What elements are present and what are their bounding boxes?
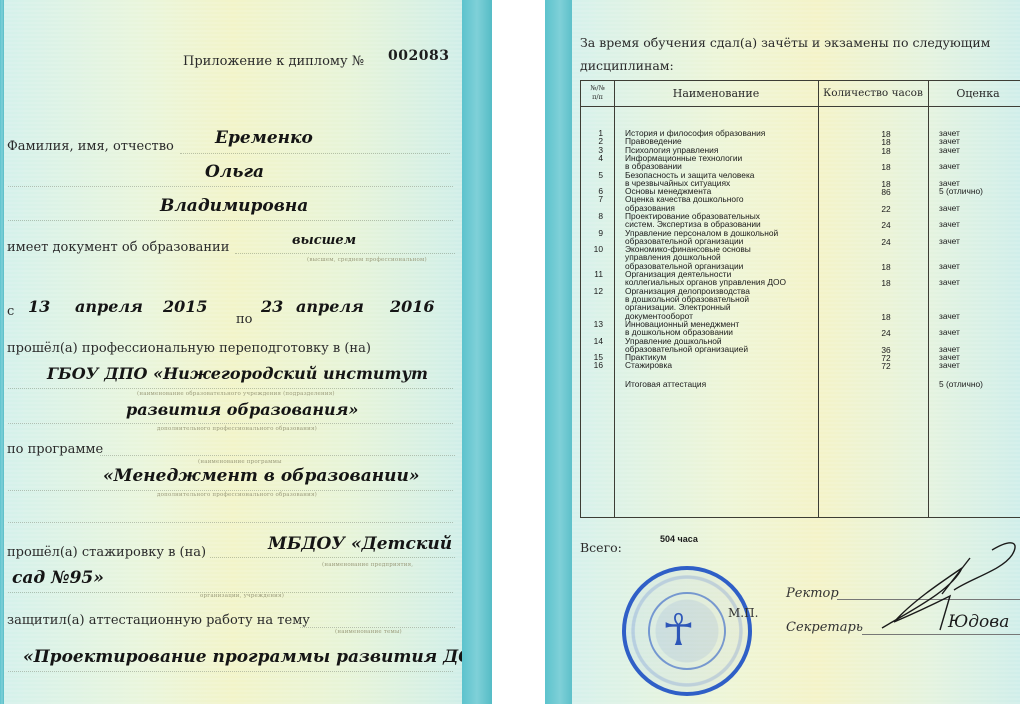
page-border-left (0, 0, 4, 704)
row-grade: зачет (939, 361, 1020, 369)
page-border-teal (462, 0, 492, 704)
row-grade: 5 (отлично) (939, 380, 1020, 388)
to-prefix: по (236, 312, 253, 327)
dotted-line (8, 522, 453, 523)
appendix-number: 002083 (388, 48, 449, 64)
dotted-line (235, 253, 455, 254)
program-hint1: (наименование программы (198, 459, 282, 465)
dotted-line (8, 490, 453, 491)
institution-line1: ГБОУ ДПО «Нижегородский институт (47, 364, 428, 383)
coat-of-arms-icon: ☥ (662, 606, 695, 656)
secretary-signature: Юдова (948, 612, 1009, 632)
rector-label: Ректор (786, 586, 839, 601)
row-grade: зачет (939, 146, 1020, 154)
row-hours: 86 (831, 188, 941, 196)
diploma-appendix-left-page: Приложение к диплому № 002083 Фамилия, и… (0, 0, 466, 704)
from-day: 13 (28, 297, 50, 316)
row-grade: зачет (939, 220, 1020, 228)
row-number: 14 (581, 337, 603, 345)
dotted-line (8, 671, 453, 672)
from-month: апреля (75, 297, 143, 316)
internship-hint2: организации, учреждения) (200, 593, 284, 599)
institution-line2: развития образования» (126, 400, 358, 419)
dotted-line (8, 186, 453, 187)
row-number: 8 (581, 212, 603, 220)
to-day: 23 (261, 297, 283, 316)
row-number: 16 (581, 361, 603, 369)
row-discipline: Безопасность и защита человека в чрезвыч… (625, 171, 825, 188)
diploma-appendix-right-page: За время обучения сдал(а) зачёты и экзам… (572, 0, 1020, 704)
row-discipline: Итоговая аттестация (625, 380, 825, 388)
row-discipline: Информационные технологии в образовании (625, 154, 825, 171)
row-grade: зачет (939, 162, 1020, 170)
intro-line2: дисциплинам: (580, 58, 674, 73)
header-grade: Оценка (928, 87, 1020, 100)
internship-org-line2: сад №95» (12, 568, 104, 588)
stamp-label: М.П. (728, 606, 758, 620)
row-grade: зачет (939, 262, 1020, 270)
row-number: 10 (581, 245, 603, 253)
row-discipline: Инновационный менеджмент в дошкольном об… (625, 320, 825, 337)
row-grade: 5 (отлично) (939, 187, 1020, 195)
row-hours: 18 (831, 313, 941, 321)
program-name: «Менеджмент в образовании» (103, 466, 419, 486)
page-border-teal (545, 0, 575, 704)
row-hours: 18 (831, 163, 941, 171)
row-discipline: Управление персоналом в дошкольной образ… (625, 229, 825, 246)
header-hours: Количество часов (818, 87, 928, 99)
dotted-line (8, 220, 453, 221)
program-label: по программе (7, 442, 103, 457)
to-month: апреля (296, 297, 364, 316)
row-hours: 18 (831, 263, 941, 271)
total-label: Всего: (580, 540, 622, 555)
from-year: 2015 (163, 297, 208, 316)
row-hours: 24 (831, 221, 941, 229)
internship-label: прошёл(а) стажировку в (на) (7, 545, 206, 560)
row-number: 7 (581, 195, 603, 203)
internship-org-line1: МБДОУ «Детский (268, 534, 452, 554)
row-number: 4 (581, 154, 603, 162)
thesis-hint: (наименование темы) (335, 629, 402, 635)
total-value: 504 часа (660, 534, 698, 544)
from-prefix: с (7, 304, 14, 319)
official-seal: ☥ (622, 566, 752, 696)
program-hint2: дополнительного профессионального образо… (157, 492, 317, 498)
row-hours: 18 (831, 147, 941, 155)
row-number: 12 (581, 287, 603, 295)
row-discipline: Организация делопроизводства в дошкольно… (625, 287, 825, 320)
dotted-line (210, 557, 455, 558)
appendix-label: Приложение к диплому № (183, 54, 364, 69)
row-discipline: Организация деятельности коллегиальных о… (625, 270, 825, 287)
row-hours: 24 (831, 329, 941, 337)
dotted-line (300, 627, 455, 628)
row-number: 5 (581, 171, 603, 179)
surname: Еременко (215, 128, 313, 148)
institution-hint2: дополнительного профессионального образо… (157, 426, 317, 432)
row-discipline: Проектирование образовательных систем. Э… (625, 212, 825, 229)
row-discipline: Экономико-финансовые основы управления д… (625, 245, 825, 270)
row-hours: 72 (831, 362, 941, 370)
fio-label: Фамилия, имя, отчество (7, 139, 174, 154)
edu-doc-label: имеет документ об образовании (7, 240, 229, 255)
dotted-line (8, 423, 453, 424)
intro-line1: За время обучения сдал(а) зачёты и экзам… (580, 35, 990, 50)
dotted-line (8, 388, 453, 389)
header-name: Наименование (614, 87, 818, 100)
row-hours: 24 (831, 238, 941, 246)
edu-level-hint: (высшем, среднем профессиональном) (307, 257, 427, 263)
disciplines-table: №/№ п/п Наименование Количество часов Оц… (580, 80, 1020, 518)
row-hours: 22 (831, 205, 941, 213)
dotted-line (180, 153, 450, 154)
to-year: 2016 (390, 297, 435, 316)
first-name: Ольга (205, 162, 264, 182)
row-number: 11 (581, 270, 603, 278)
dotted-line (100, 455, 455, 456)
thesis-title: «Проектирование программы развития ДОО» (23, 647, 466, 667)
row-number: 13 (581, 320, 603, 328)
row-grade: зачет (939, 237, 1020, 245)
row-grade: зачет (939, 204, 1020, 212)
row-grade: зачет (939, 278, 1020, 286)
institution-hint1: (наименование образовательного учреждени… (137, 391, 335, 397)
retraining-label: прошёл(а) профессиональную переподготовк… (7, 341, 371, 356)
row-number: 9 (581, 229, 603, 237)
row-grade: зачет (939, 312, 1020, 320)
edu-level: высшем (292, 233, 356, 248)
header-num: №/№ п/п (581, 84, 614, 102)
row-discipline: Оценка качества дошкольного образования (625, 195, 825, 212)
row-grade: зачет (939, 328, 1020, 336)
internship-hint1: (наименование предприятия, (322, 562, 413, 568)
patronymic: Владимировна (160, 196, 308, 216)
row-hours: 18 (831, 279, 941, 287)
row-discipline: Стажировка (625, 361, 825, 369)
row-discipline: Управление дошкольной образовательной ор… (625, 337, 825, 354)
thesis-label: защитил(а) аттестационную работу на тему (7, 613, 310, 628)
